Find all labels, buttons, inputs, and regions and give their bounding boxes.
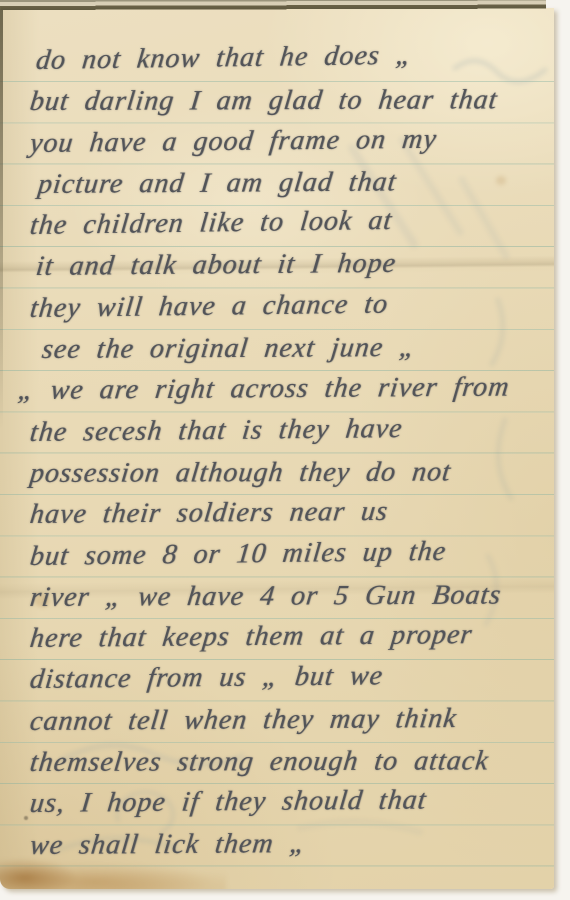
letter-line: us, I hope if they should that: [28, 779, 551, 825]
letter-line: themselves strong enough to attack: [28, 740, 551, 783]
letter-line: but some 8 or 10 miles up the: [28, 529, 551, 577]
letter-line: cannot tell when they may think: [28, 697, 551, 742]
letter-line: see the original next june „: [40, 326, 551, 370]
letter-line: „ we are right across the river from: [16, 367, 551, 412]
page-top-edge: [0, 0, 546, 11]
letter-photo: do not know that he does „ but darling I…: [0, 0, 570, 900]
letter-line: they will have a chance to: [28, 281, 551, 329]
letter-line: it and talk about it I hope: [34, 242, 551, 288]
letter-line: the secesh that is they have: [28, 406, 551, 453]
letter-line: have their soldiers near us: [28, 490, 551, 536]
letter-line: here that keeps them at a proper: [28, 614, 551, 660]
letter-line: the children like to look at: [28, 198, 551, 247]
letter-line: but darling I am glad to hear that: [28, 79, 551, 122]
letter-line: river „ we have 4 or 5 Gun Boats: [28, 574, 551, 618]
letter-line: distance from us „ but we: [28, 654, 551, 701]
letter-line: possession although they do not: [28, 451, 551, 494]
letter-page: do not know that he does „ but darling I…: [0, 8, 554, 889]
letter-line: we shall lick them „: [28, 821, 551, 866]
letter-line: do not know that he does „: [34, 33, 551, 81]
page-left-edge: [0, 10, 3, 430]
letter-line: you have a good frame on my: [28, 117, 551, 164]
letter-text: do not know that he does „ but darling I…: [30, 40, 548, 866]
